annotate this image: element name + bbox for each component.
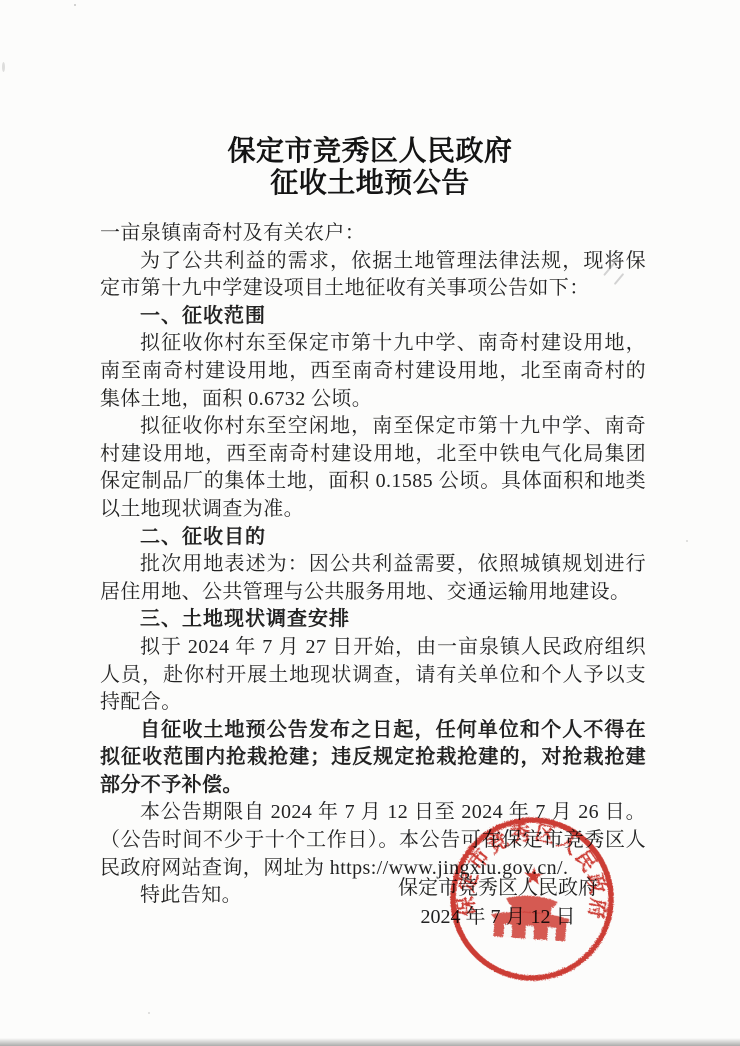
section-heading-3: 三、土地现状调查安排 [100, 606, 646, 634]
paragraph-scope-2: 拟征收你村东至空闲地，南至保定市第十九中学、南奇村建设用地，西至南奇村建设用地，… [100, 413, 646, 523]
section-heading-2: 二、征收目的 [100, 524, 646, 552]
scan-speckle [2, 62, 5, 72]
seal-emblem-icon [489, 893, 572, 941]
title-line-1: 保定市竞秀区人民政府 [0, 136, 740, 168]
paragraph-purpose: 批次用地表述为：因公共利益需要，依照城镇规划进行居住用地、公共管理与公共服务用地… [100, 551, 646, 606]
paragraph-scope-1: 拟征收你村东至保定市第十九中学、南奇村建设用地，南至南奇村建设用地，西至南奇村建… [100, 330, 646, 413]
title-line-2: 征收土地预公告 [0, 168, 740, 200]
scan-edge-shadow [0, 1038, 740, 1046]
document-page: 保定市竞秀区人民政府 征收土地预公告 一亩泉镇南奇村及有关农户： 为了公共利益的… [0, 0, 740, 1046]
official-seal: 保定市竞秀区人民政府 ★ [439, 806, 625, 992]
seal-star-icon: ★ [522, 863, 545, 890]
scan-speckle [74, 4, 76, 6]
paragraph-intro: 为了公共利益的需求，依据土地管理法律法规，现将保定市第十九中学建设项目土地征收有… [100, 248, 646, 303]
section-heading-1: 一、征收范围 [100, 303, 646, 331]
paragraph-survey: 拟于 2024 年 7 月 27 日开始，由一亩泉镇人民政府组织人员，赴你村开展… [100, 634, 646, 717]
document-body: 一亩泉镇南奇村及有关农户： 为了公共利益的需求，依据土地管理法律法规，现将保定市… [100, 220, 646, 910]
scan-speckle [686, 540, 688, 542]
salutation: 一亩泉镇南奇村及有关农户： [100, 220, 646, 248]
document-title: 保定市竞秀区人民政府 征收土地预公告 [0, 136, 740, 200]
scan-speckle [148, 1012, 150, 1014]
paragraph-prohibition: 自征收土地预公告发布之日起，任何单位和个人不得在拟征收范围内抢栽抢建；违反规定抢… [100, 717, 646, 800]
